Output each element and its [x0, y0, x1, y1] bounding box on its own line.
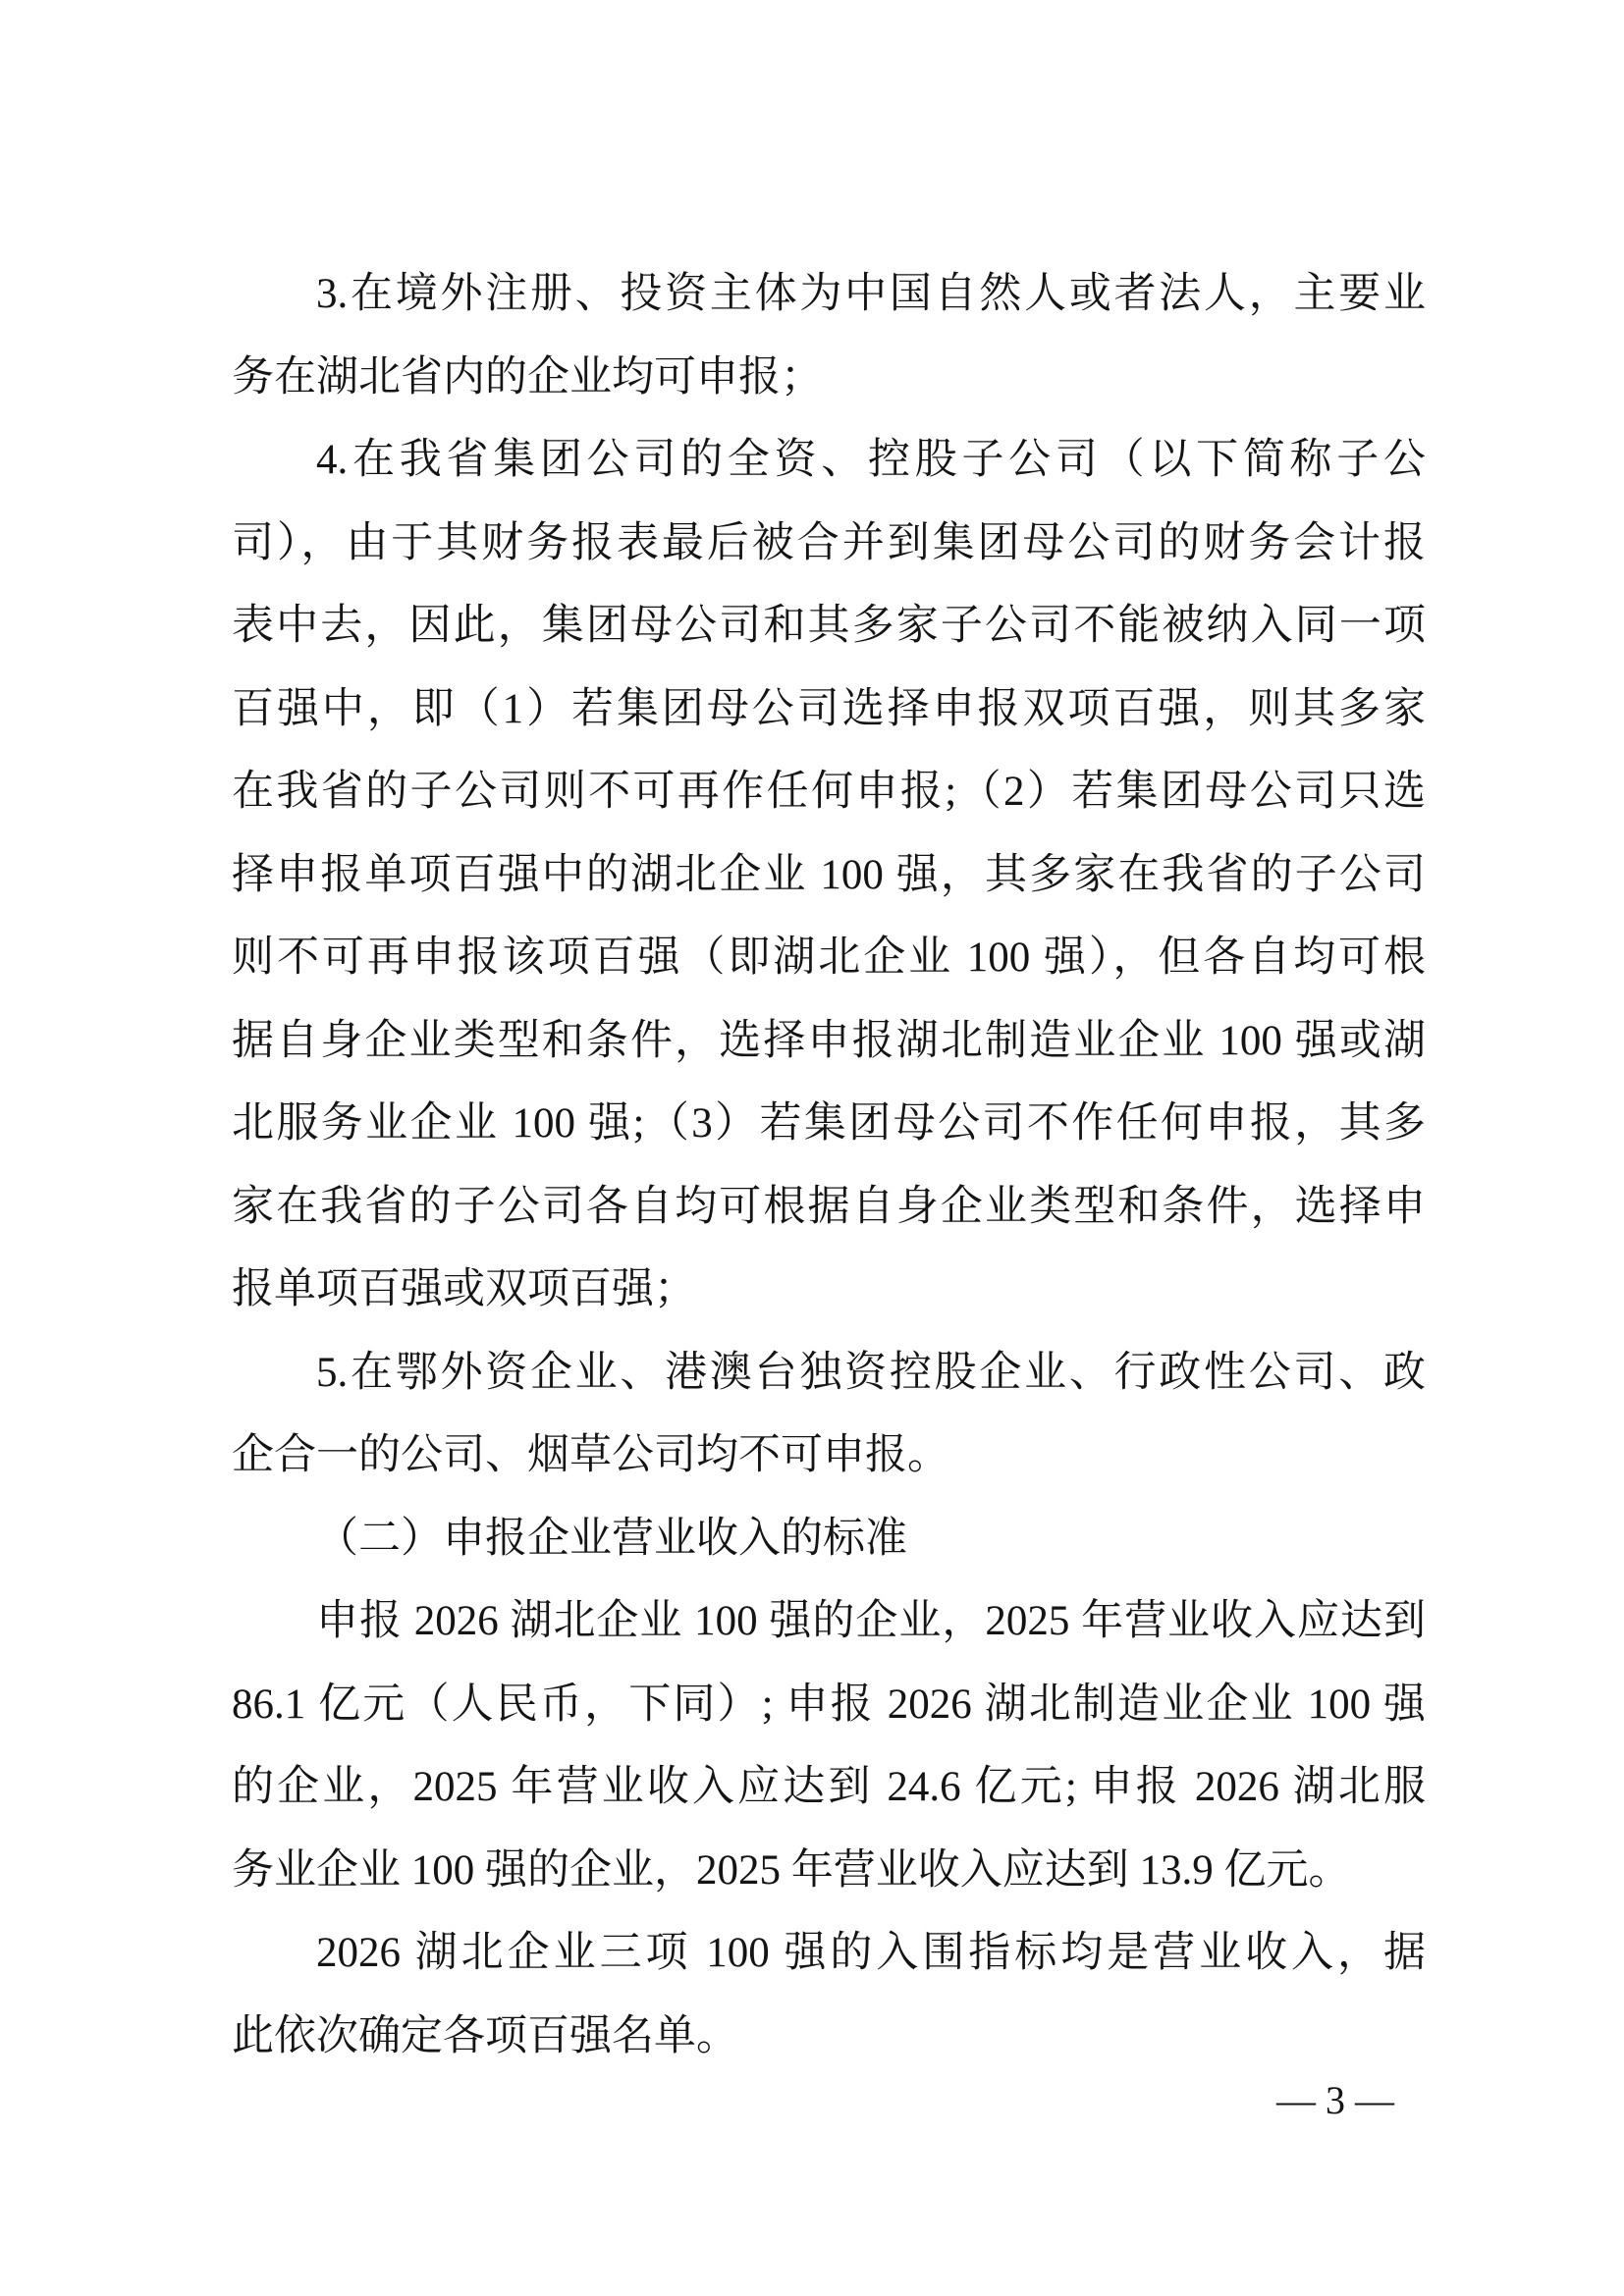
text-line: 百强中，即（1）若集团母公司选择申报双项百强，则其多家 [232, 668, 1426, 752]
page-number: — 3 — [1271, 2077, 1400, 2124]
text-line: 86.1 亿元（人民币，下同）; 申报 2026 湖北制造业企业 100 强 [232, 1664, 1426, 1747]
text-line: 4.在我省集团公司的全资、控股子公司（以下简称子公 [232, 419, 1426, 503]
text-line: 2026 湖北企业三项 100 强的入围指标均是营业收入，据 [232, 1912, 1426, 1996]
text-line: 家在我省的子公司各自均可根据自身企业类型和条件，选择申 [232, 1166, 1426, 1250]
text-line: 3.在境外注册、投资主体为中国自然人或者法人，主要业 [232, 253, 1426, 337]
text-line: 在我省的子公司则不可再作任何申报;（2）若集团母公司只选 [232, 751, 1426, 834]
text-line: 报单项百强或双项百强； [232, 1249, 1426, 1332]
document-page: 3.在境外注册、投资主体为中国自然人或者法人，主要业 务在湖北省内的企业均可申报… [0, 0, 1624, 2296]
text-line: 的企业，2025 年营业收入应达到 24.6 亿元; 申报 2026 湖北服 [232, 1746, 1426, 1830]
text-line: 务在湖北省内的企业均可申报； [232, 337, 1426, 420]
text-line: 择申报单项百强中的湖北企业 100 强，其多家在我省的子公司 [232, 834, 1426, 918]
text-line: 则不可再申报该项百强（即湖北企业 100 强），但各自均可根 [232, 917, 1426, 1000]
text-line: 表中去，因此，集团母公司和其多家子公司不能被纳入同一项 [232, 585, 1426, 668]
text-line: 务业企业 100 强的企业，2025 年营业收入应达到 13.9 亿元。 [232, 1830, 1426, 1913]
text-line: 5.在鄂外资企业、港澳台独资控股企业、行政性公司、政 [232, 1332, 1426, 1415]
text-line: 据自身企业类型和条件，选择申报湖北制造业企业 100 强或湖 [232, 1000, 1426, 1084]
text-line: 北服务业企业 100 强;（3）若集团母公司不作任何申报，其多 [232, 1083, 1426, 1166]
section-heading: （二）申报企业营业收入的标准 [232, 1498, 1426, 1581]
text-line: 司），由于其财务报表最后被合并到集团母公司的财务会计报 [232, 503, 1426, 586]
text-line: 此依次确定各项百强名单。 [232, 1996, 1426, 2079]
text-line: 企合一的公司、烟草公司均不可申报。 [232, 1415, 1426, 1498]
document-body: 3.在境外注册、投资主体为中国自然人或者法人，主要业 务在湖北省内的企业均可申报… [232, 253, 1426, 2078]
text-line: 申报 2026 湖北企业 100 强的企业，2025 年营业收入应达到 [232, 1580, 1426, 1664]
